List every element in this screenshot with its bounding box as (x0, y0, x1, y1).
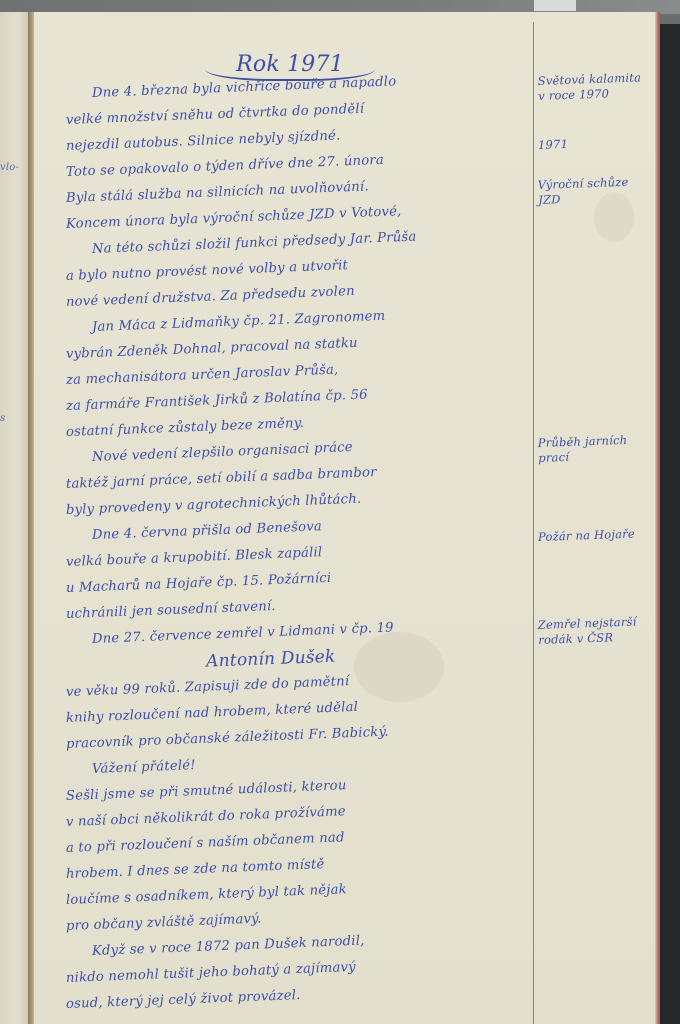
margin-note: Výroční schůze JZD (538, 174, 651, 208)
margin-note: Zemřel nejstarší rodák v ČSR (538, 614, 651, 648)
left-page-fragments: vlo- s (0, 162, 28, 664)
paper-tab (534, 0, 576, 11)
margin-note: Světová kalamita v roce 1970 (538, 70, 651, 104)
left-page: vlo- s (0, 12, 30, 1024)
book-cover (660, 24, 680, 1024)
handwritten-body: Dne 4. března byla vichřice bouře a napa… (66, 82, 536, 1018)
left-page-fragment: s (0, 413, 28, 424)
left-page-fragment: vlo- (0, 162, 28, 173)
margin-note: Průběh jarních prací (538, 432, 651, 466)
